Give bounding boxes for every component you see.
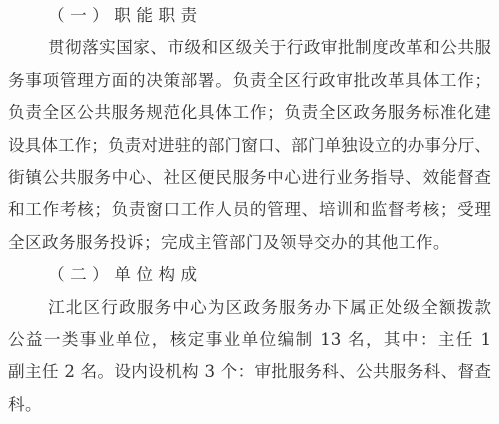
section-1-paragraph-line: 负责全区公共服务规范化具体工作；负责全区政务服务标准化建 [8,97,491,129]
section-1-paragraph-line: 全区政务服务投诉；完成主管部门及领导交办的其他工作。 [8,227,491,259]
section-1-paragraph-line: 和工作考核；负责窗口工作人员的管理、培训和监督考核；受理 [8,194,491,226]
section-1-paragraph-line: 街镇公共服务中心、社区便民服务中心进行业务指导、效能督查 [8,162,491,194]
section-1-paragraph-line: 贯彻落实国家、市级和区级关于行政审批制度改革和公共服 [8,32,491,64]
section-2-paragraph-line: 副主任 2 名。设内设机构 3 个：审批服务科、公共服务科、督查 [8,356,491,388]
section-1-paragraph-line: 设具体工作；负责对进驻的部门窗口、部门单独设立的办事分厅、 [8,130,491,162]
section-2-paragraph-line: 江北区行政服务中心为区政务服务办下属正处级全额拨款 [8,292,491,324]
section-1-paragraph-line: 务事项管理方面的决策部署。负责全区行政审批改革具体工作； [8,65,491,97]
section-2-paragraph-line: 科。 [8,389,491,421]
section-1-heading: （一）职能职责 [8,0,491,32]
document-page: （一）职能职责 贯彻落实国家、市级和区级关于行政审批制度改革和公共服 务事项管理… [0,0,499,424]
section-2-heading: （二）单位构成 [8,259,491,291]
section-2-paragraph-line: 公益一类事业单位，核定事业单位编制 13 名，其中：主任 1 名、 [8,324,491,356]
